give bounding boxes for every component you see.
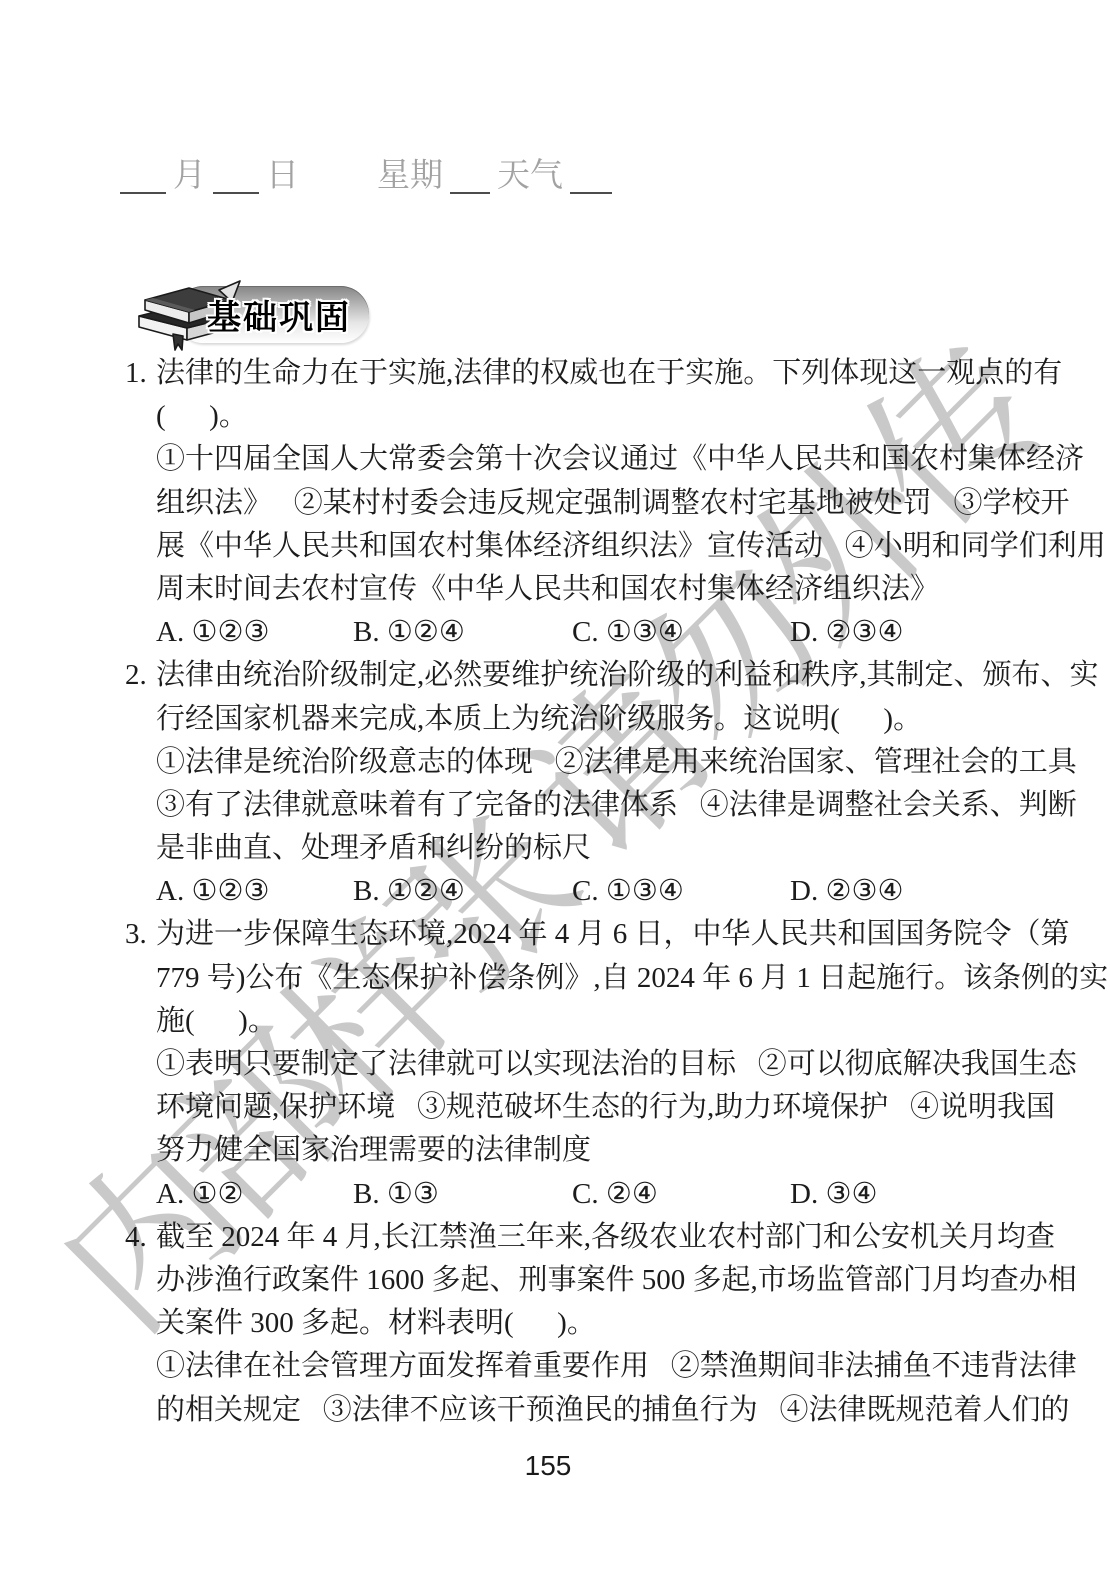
question-text-line: 的相关规定 ③法律不应该干预渔民的捕鱼行为 ④法律既规范着人们的 xyxy=(156,1389,996,1432)
question-text-line: 法律的生命力在于实施,法律的权威也在于实施。下列体现这一观点的有 xyxy=(156,352,996,395)
question-text-line: 截至 2024 年 4 月,长江禁渔三年来,各级农业农村部门和公安机关月均查 xyxy=(156,1216,996,1259)
question-text-line: 为进一步保障生态环境,2024 年 4 月 6 日，中华人民共和国国务院令（第 xyxy=(156,913,996,956)
answer-options-row: A. ①②B. ①③C. ②④D. ③④ xyxy=(156,1173,996,1216)
day-blank-field xyxy=(213,156,259,194)
question-text-line: 行经国家机器来完成,本质上为统治阶级服务。这说明( )。 xyxy=(156,698,996,741)
answer-option: B. ①②④ xyxy=(353,611,572,654)
weather-blank-field xyxy=(570,156,612,194)
question-text-line: ③有了法律就意味着有了完备的法律体系 ④法律是调整社会关系、判断 xyxy=(156,784,996,827)
answer-options-row: A. ①②③B. ①②④C. ①③④D. ②③④ xyxy=(156,611,996,654)
question-number: 1. xyxy=(125,352,147,395)
answer-option: B. ①③ xyxy=(353,1173,572,1216)
answer-option: A. ①②③ xyxy=(156,611,353,654)
page-number: 155 xyxy=(0,1450,1096,1482)
answer-option: A. ①②③ xyxy=(156,870,353,913)
answer-option: D. ②③④ xyxy=(790,611,996,654)
answer-option: A. ①② xyxy=(156,1173,353,1216)
question-text-line: 关案件 300 多起。材料表明( )。 xyxy=(156,1302,996,1345)
week-blank-field xyxy=(450,156,490,194)
question-text-line: ①十四届全国人大常委会第十次会议通过《中华人民共和国农村集体经济 xyxy=(156,438,996,481)
question-text-line: 组织法》 ②某村村委会违反规定强制调整农村宅基地被处罚 ③学校开 xyxy=(156,482,996,525)
question-text-line: 环境问题,保护环境 ③规范破坏生态的行为,助力环境保护 ④说明我国 xyxy=(156,1086,996,1129)
question-text-line: ( )。 xyxy=(156,395,996,438)
answer-option: D. ②③④ xyxy=(790,870,996,913)
question-text-line: 法律由统治阶级制定,必然要维护统治阶级的利益和秩序,其制定、颁布、实 xyxy=(156,654,996,697)
question-text-line: ①表明只要制定了法律就可以实现法治的目标 ②可以彻底解决我国生态 xyxy=(156,1043,996,1086)
month-blank-field xyxy=(120,156,166,194)
questions-list: 1.法律的生命力在于实施,法律的权威也在于实施。下列体现这一观点的有( )。①十… xyxy=(156,352,996,1432)
week-label: 星期 xyxy=(377,156,443,194)
question-1: 1.法律的生命力在于实施,法律的权威也在于实施。下列体现这一观点的有( )。①十… xyxy=(156,352,996,654)
question-number: 2. xyxy=(125,654,147,697)
question-text-line: 办涉渔行政案件 1600 多起、刑事案件 500 多起,市场监管部门月均查办相 xyxy=(156,1259,996,1302)
question-text-line: 展《中华人民共和国农村集体经济组织法》宣传活动 ④小明和同学们利用 xyxy=(156,525,996,568)
month-label: 月 xyxy=(173,156,206,194)
answer-option: C. ①③④ xyxy=(572,870,790,913)
question-text-line: 周末时间去农村宣传《中华人民共和国农村集体经济组织法》 xyxy=(156,568,996,611)
question-text-line: 是非曲直、处理矛盾和纠纷的标尺 xyxy=(156,827,996,870)
question-number: 3. xyxy=(125,913,147,956)
section-badge: 基础巩固 xyxy=(133,268,393,358)
answer-option: C. ①③④ xyxy=(572,611,790,654)
question-text-line: 施( )。 xyxy=(156,1000,996,1043)
answer-options-row: A. ①②③B. ①②④C. ①③④D. ②③④ xyxy=(156,870,996,913)
answer-option: B. ①②④ xyxy=(353,870,572,913)
answer-option: D. ③④ xyxy=(790,1173,996,1216)
question-text-line: 779 号)公布《生态保护补偿条例》,自 2024 年 6 月 1 日起施行。该… xyxy=(156,957,996,1000)
date-weather-header: 月 日 星期 天气 xyxy=(120,156,612,194)
question-2: 2.法律由统治阶级制定,必然要维护统治阶级的利益和秩序,其制定、颁布、实行经国家… xyxy=(156,654,996,913)
question-text-line: 努力健全国家治理需要的法律制度 xyxy=(156,1129,996,1172)
question-text-line: ①法律在社会管理方面发挥着重要作用 ②禁渔期间非法捕鱼不违背法律 xyxy=(156,1345,996,1388)
badge-label: 基础巩固 xyxy=(207,290,351,339)
question-4: 4.截至 2024 年 4 月,长江禁渔三年来,各级农业农村部门和公安机关月均查… xyxy=(156,1216,996,1432)
day-label: 日 xyxy=(266,156,299,194)
question-number: 4. xyxy=(125,1216,147,1259)
question-text-line: ①法律是统治阶级意志的体现 ②法律是用来统治国家、管理社会的工具 xyxy=(156,741,996,784)
weather-label: 天气 xyxy=(497,156,563,194)
question-3: 3.为进一步保障生态环境,2024 年 4 月 6 日，中华人民共和国国务院令（… xyxy=(156,913,996,1215)
workbook-page: 内部样张 请勿外传 月 日 星期 天气 xyxy=(0,0,1110,1571)
answer-option: C. ②④ xyxy=(572,1173,790,1216)
